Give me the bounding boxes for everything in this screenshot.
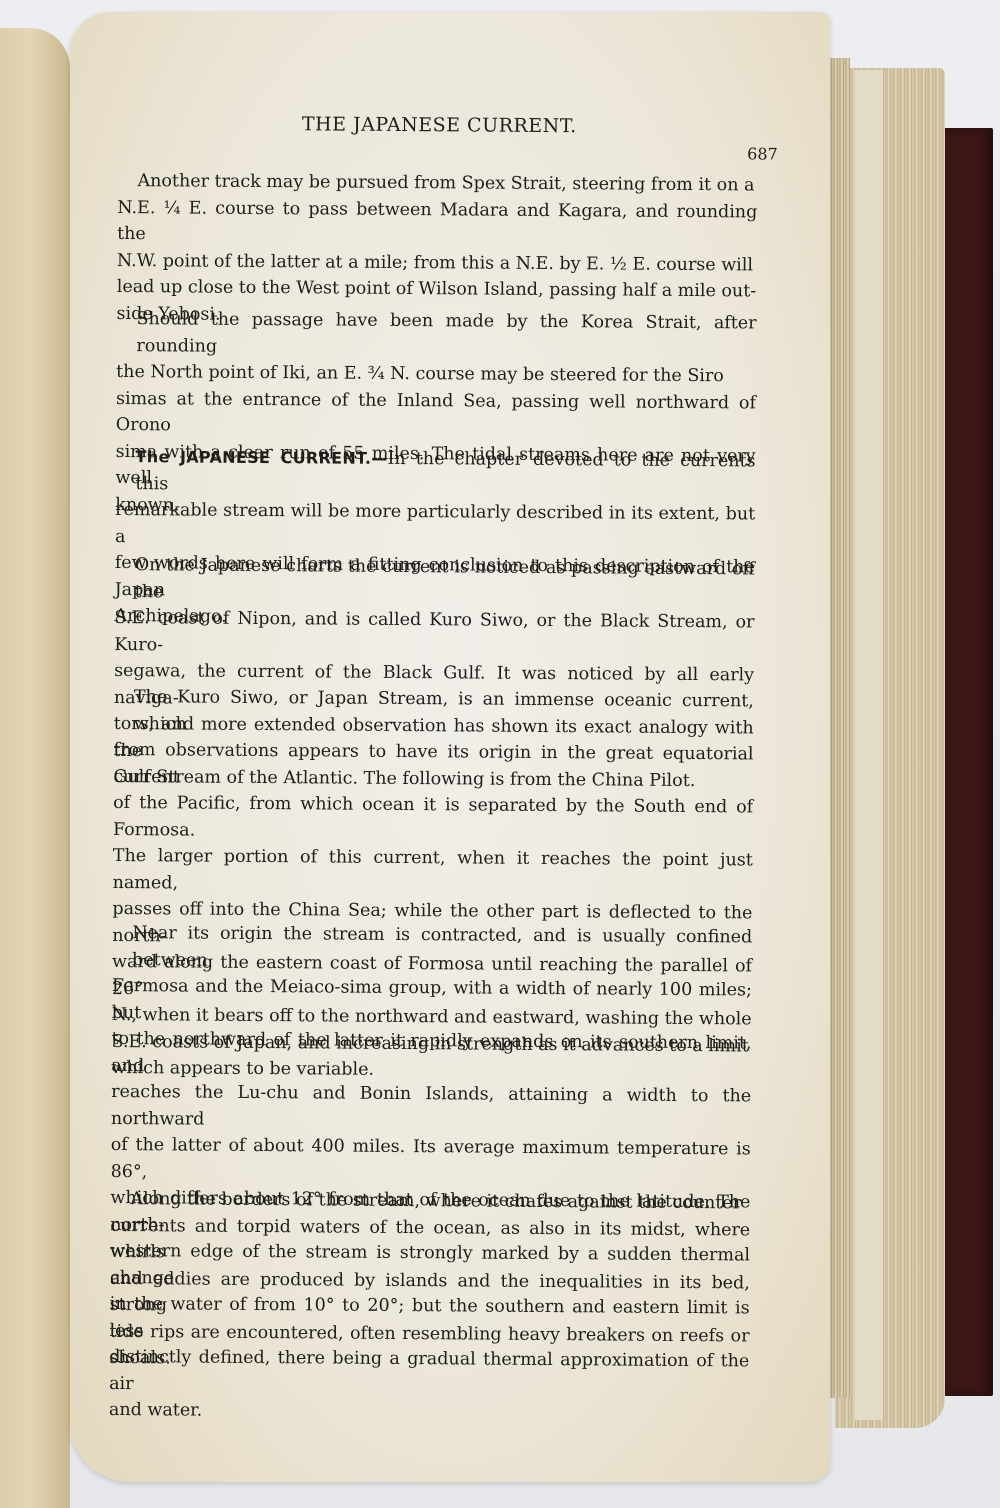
text-line: Should the passage have been made by the…	[116, 306, 756, 363]
text-line: currents and torpid waters of the ocean,…	[110, 1212, 750, 1269]
text-line: The larger portion of this current, when…	[113, 843, 753, 900]
text-line: simas at the entrance of the Inland Sea,…	[116, 385, 756, 442]
text-line: S.E. coast of Nipon, and is called Kuro …	[114, 605, 754, 662]
text-line: tide rips are encountered, often resembl…	[109, 1318, 749, 1375]
text-line: of the Pacific, from which ocean it is s…	[113, 790, 753, 847]
text-line: and water.	[109, 1397, 749, 1428]
text-line: Formosa and the Meiaco-sima group, with …	[112, 973, 752, 1030]
text-line: remarkable stream will be more particula…	[115, 497, 755, 554]
text-line: Another track may be pursued from Spex S…	[117, 168, 757, 199]
page-number: 687	[747, 144, 778, 163]
text-line: Near its origin the stream is contracted…	[112, 920, 752, 977]
text-line: On the Japanese charts the current is no…	[115, 552, 755, 609]
text-line: to the northward of the latter it rapidl…	[111, 1026, 751, 1083]
loose-leaf	[855, 70, 883, 1420]
text-line: reaches the Lu-chu and Bonin Islands, at…	[111, 1079, 751, 1136]
text-line: and eddies are produced by islands and t…	[110, 1265, 750, 1322]
left-page-edge	[0, 28, 70, 1508]
text-line: of the latter of about 400 miles. Its av…	[111, 1132, 751, 1189]
running-head: THE JAPANESE CURRENT.	[302, 113, 577, 137]
book-page: THE JAPANESE CURRENT. 687 Another track …	[70, 12, 830, 1482]
section-lead-in: The JAPANESE CURRENT.—	[136, 447, 388, 468]
text-line: N.E. ¼ E. course to pass between Madara …	[117, 194, 757, 251]
text-line: from observations appears to have its or…	[113, 737, 753, 794]
text-line: lead up close to the West point of Wilso…	[117, 274, 757, 305]
paragraph-7: Along the borders of the stream, where i…	[109, 1186, 750, 1376]
page-content: THE JAPANESE CURRENT. 687 Another track …	[118, 112, 758, 116]
text-line: The Kuro Siwo, or Japan Stream, is an im…	[114, 684, 754, 741]
text-line: the North point of Iki, an E. ¾ N. cours…	[116, 359, 756, 390]
text-line: Along the borders of the stream, where i…	[110, 1186, 750, 1217]
page-edges-back	[835, 68, 945, 1428]
